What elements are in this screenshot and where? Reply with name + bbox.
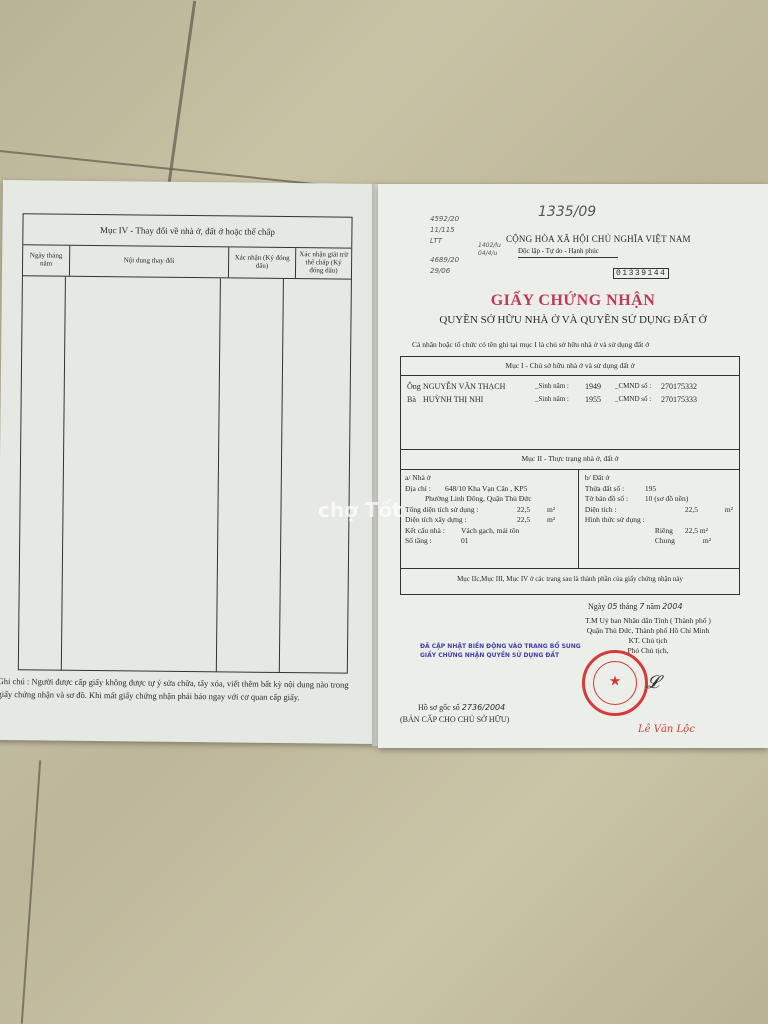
floor-tile-seam [21,760,41,1023]
right-page: 1335/09 4592/20 11/115 LTT 4689/20 29/06… [378,184,768,748]
certificate-intro: Cá nhân hoặc tổ chức có tên ghi tại mục … [412,340,649,349]
land-info: b/ Đất ở Thửa đất số :195 Tờ bản đồ số :… [579,470,739,568]
left-page: Mục IV - Thay đổi về nhà ở, đất ở hoặc t… [0,180,381,744]
owner-row: Ông NGUYỄN VĂN THẠCH _Sinh năm : 1949 _C… [407,382,739,391]
col-release: Xác nhận giải trừ thế chấp (Ký đóng dấu) [296,248,351,279]
nation-heading: CỘNG HÒA XÃ HỘI CHỦ NGHĨA VIỆT NAM [506,234,691,244]
handwritten-note: 1402/lu 04/4/u [478,242,501,258]
watermark: chợ Tốt [318,498,402,522]
section-ii-footer: Mục IIc,Mục III, Mục IV ở các trang sau … [401,569,739,589]
col-confirm: Xác nhận (Ký đóng dấu) [229,247,296,278]
section-iv-title: Mục IV - Thay đổi về nhà ở, đất ở hoặc t… [23,214,351,248]
issue-date: Ngày 05 tháng 7 năm 2004 [588,602,683,611]
serial-number: 01339144 [613,268,669,279]
floor-tile-seam [167,1,196,190]
update-stamp: ĐÃ CẬP NHẬT BIẾN ĐỘNG VÀO TRANG BỔ SUNG … [420,642,581,660]
house-info: a/ Nhà ở Địa chỉ :648/10 Kha Vạn Cân , K… [401,470,579,568]
section-ii-title: Mục II - Thực trạng nhà ở, đất ở [401,449,739,470]
signature-icon: 𝓛 [646,672,659,693]
col-date: Ngày tháng năm [23,245,70,275]
section-i-owners: Mục I - Chủ sở hữu nhà ở và sử dụng đất … [400,356,740,450]
official-seal-icon [582,650,648,716]
owner-row: Bà HUỲNH THỊ NHI _Sinh năm : 1955 _CMND … [407,395,739,404]
change-log-table: Mục IV - Thay đổi về nhà ở, đất ở hoặc t… [18,213,353,673]
file-number: Hồ sơ gốc số 2736/2004 (BẢN CẤP CHO CHỦ … [400,702,509,726]
section-i-title: Mục I - Chủ sở hữu nhà ở và sử dụng đất … [401,357,739,376]
certificate-title: GIẤY CHỨNG NHẬN [378,292,768,310]
note-text: Ghi chú : Người được cấp giấy không được… [0,675,358,705]
signer-name: Lê Văn Lộc [638,724,695,735]
certificate-subtitle: QUYỀN SỞ HỮU NHÀ Ở VÀ QUYỀN SỬ DỤNG ĐẤT … [378,314,768,326]
col-content: Nội dung thay đổi [70,246,229,278]
table-header: Ngày tháng năm Nội dung thay đổi Xác nhậ… [23,245,351,279]
handwritten-margin: 4592/20 11/115 LTT 4689/20 29/06 [430,214,459,277]
section-ii-property: Mục II - Thực trạng nhà ở, đất ở a/ Nhà … [400,449,740,595]
handwritten-number: 1335/09 [538,204,596,220]
motto: Độc lập - Tự do - Hạnh phúc [518,247,618,258]
table-body [19,276,351,673]
